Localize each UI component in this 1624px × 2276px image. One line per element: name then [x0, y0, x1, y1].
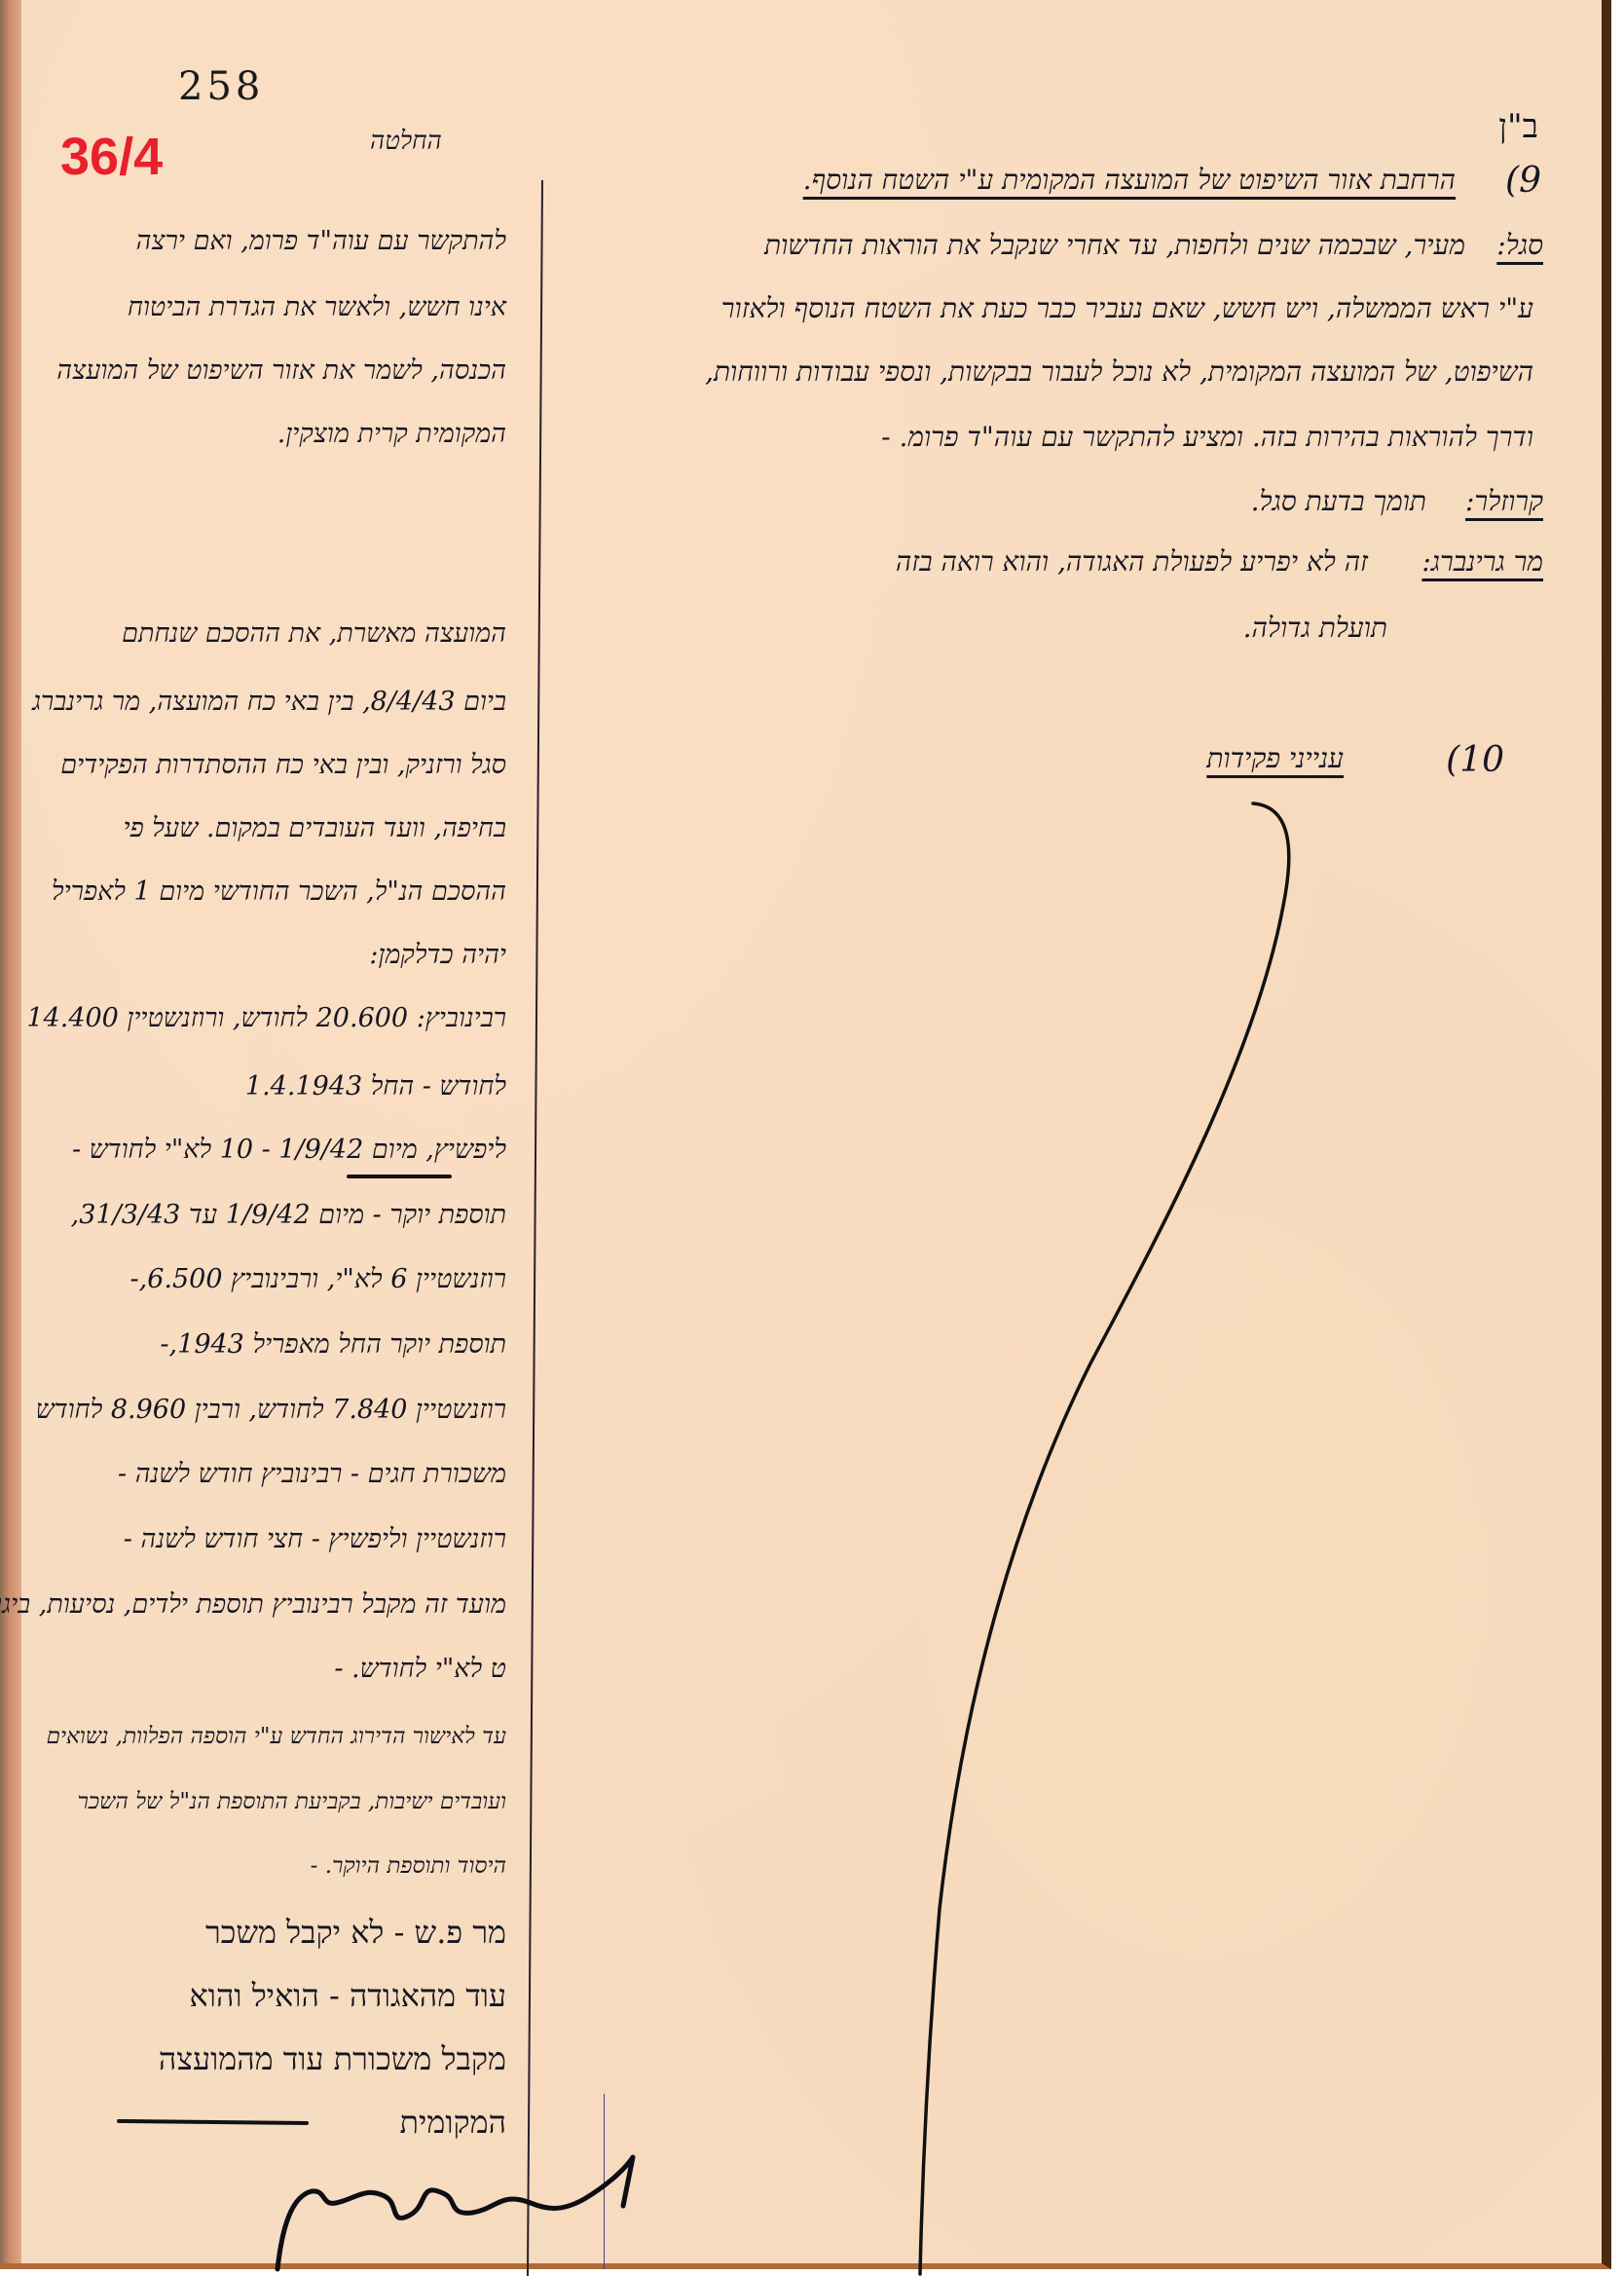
document-page: 258 36/4 החלטה להתקשר עם עוה"ד פרומ, ואם…	[0, 0, 1611, 2269]
signature-icon	[0, 0, 1624, 2276]
